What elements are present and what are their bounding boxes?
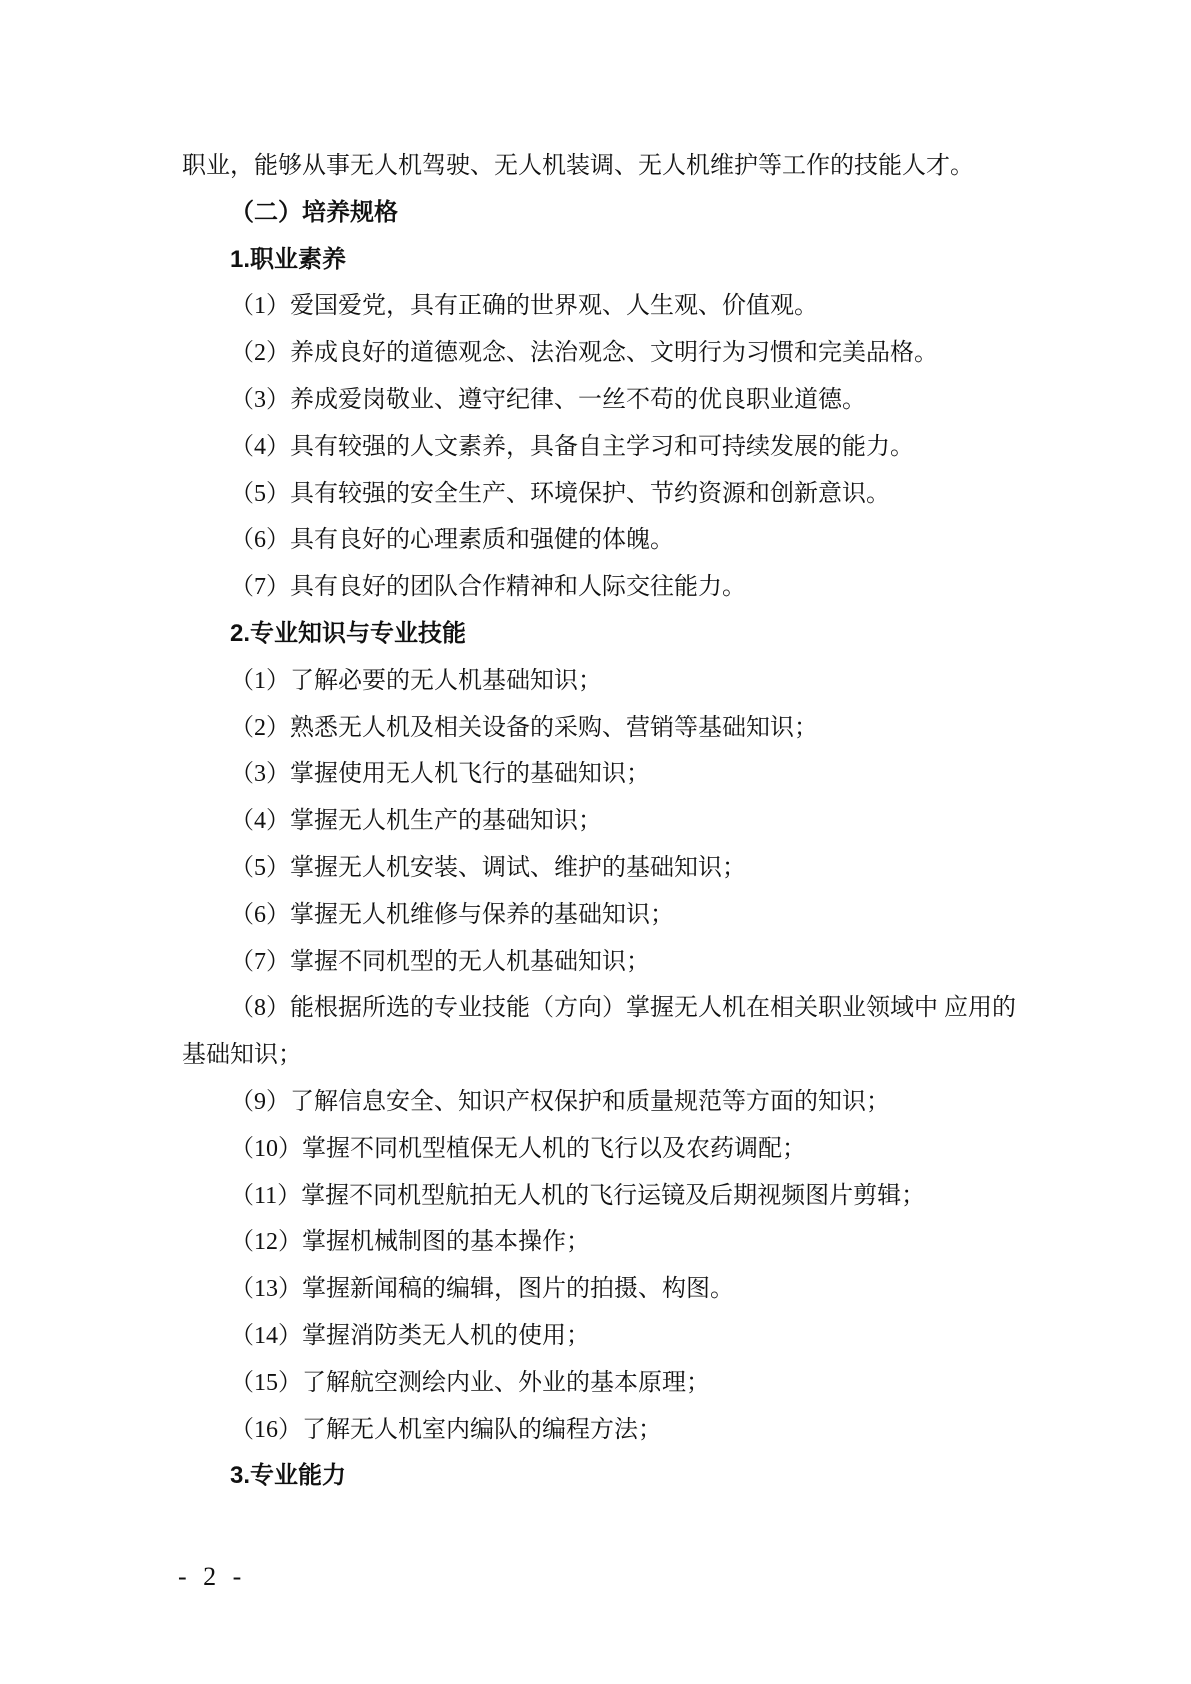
section-heading: 2.专业知识与专业技能 bbox=[182, 611, 1151, 658]
document-page: 职业，能够从事无人机驾驶、无人机装调、无人机维护等工作的技能人才。（二）培养规格… bbox=[0, 0, 1191, 1684]
section-heading: 1.职业素养 bbox=[182, 237, 1151, 284]
document-line: （5）掌握无人机安装、调试、维护的基础知识； bbox=[182, 845, 1151, 892]
document-line: （16）了解无人机室内编队的编程方法； bbox=[182, 1407, 1151, 1454]
document-line: （11）掌握不同机型航拍无人机的飞行运镜及后期视频图片剪辑； bbox=[182, 1173, 1151, 1220]
page-number: - 2 - bbox=[178, 1557, 246, 1597]
document-body: 职业，能够从事无人机驾驶、无人机装调、无人机维护等工作的技能人才。（二）培养规格… bbox=[182, 143, 1151, 1500]
document-line: （9）了解信息安全、知识产权保护和质量规范等方面的知识； bbox=[182, 1079, 1151, 1126]
document-line: （13）掌握新闻稿的编辑，图片的拍摄、构图。 bbox=[182, 1266, 1151, 1313]
document-line: （5）具有较强的安全生产、环境保护、节约资源和创新意识。 bbox=[182, 471, 1151, 518]
section-heading: （二）培养规格 bbox=[182, 190, 1151, 237]
document-line: （7）具有良好的团队合作精神和人际交往能力。 bbox=[182, 564, 1151, 611]
document-line: （2）熟悉无人机及相关设备的采购、营销等基础知识； bbox=[182, 705, 1151, 752]
document-line: （6）掌握无人机维修与保养的基础知识； bbox=[182, 892, 1151, 939]
document-line: （2）养成良好的道德观念、法治观念、文明行为习惯和完美品格。 bbox=[182, 330, 1151, 377]
document-line: （14）掌握消防类无人机的使用； bbox=[182, 1313, 1151, 1360]
document-line: （3）掌握使用无人机飞行的基础知识； bbox=[182, 751, 1151, 798]
document-line: （4）掌握无人机生产的基础知识； bbox=[182, 798, 1151, 845]
section-heading: 3.专业能力 bbox=[182, 1453, 1151, 1500]
document-line: 基础知识； bbox=[182, 1032, 1151, 1079]
document-line: （4）具有较强的人文素养，具备自主学习和可持续发展的能力。 bbox=[182, 424, 1151, 471]
document-line: （1）爱国爱党，具有正确的世界观、人生观、价值观。 bbox=[182, 283, 1151, 330]
document-line: （15）了解航空测绘内业、外业的基本原理； bbox=[182, 1360, 1151, 1407]
document-line: （6）具有良好的心理素质和强健的体魄。 bbox=[182, 517, 1151, 564]
document-line: （1）了解必要的无人机基础知识； bbox=[182, 658, 1151, 705]
document-line: 职业，能够从事无人机驾驶、无人机装调、无人机维护等工作的技能人才。 bbox=[182, 143, 1151, 190]
document-line: （8）能根据所选的专业技能（方向）掌握无人机在相关职业领域中 应用的 bbox=[182, 985, 1151, 1032]
document-line: （7）掌握不同机型的无人机基础知识； bbox=[182, 939, 1151, 986]
document-line: （3）养成爱岗敬业、遵守纪律、一丝不苟的优良职业道德。 bbox=[182, 377, 1151, 424]
document-line: （10）掌握不同机型植保无人机的飞行以及农药调配； bbox=[182, 1126, 1151, 1173]
document-line: （12）掌握机械制图的基本操作； bbox=[182, 1219, 1151, 1266]
